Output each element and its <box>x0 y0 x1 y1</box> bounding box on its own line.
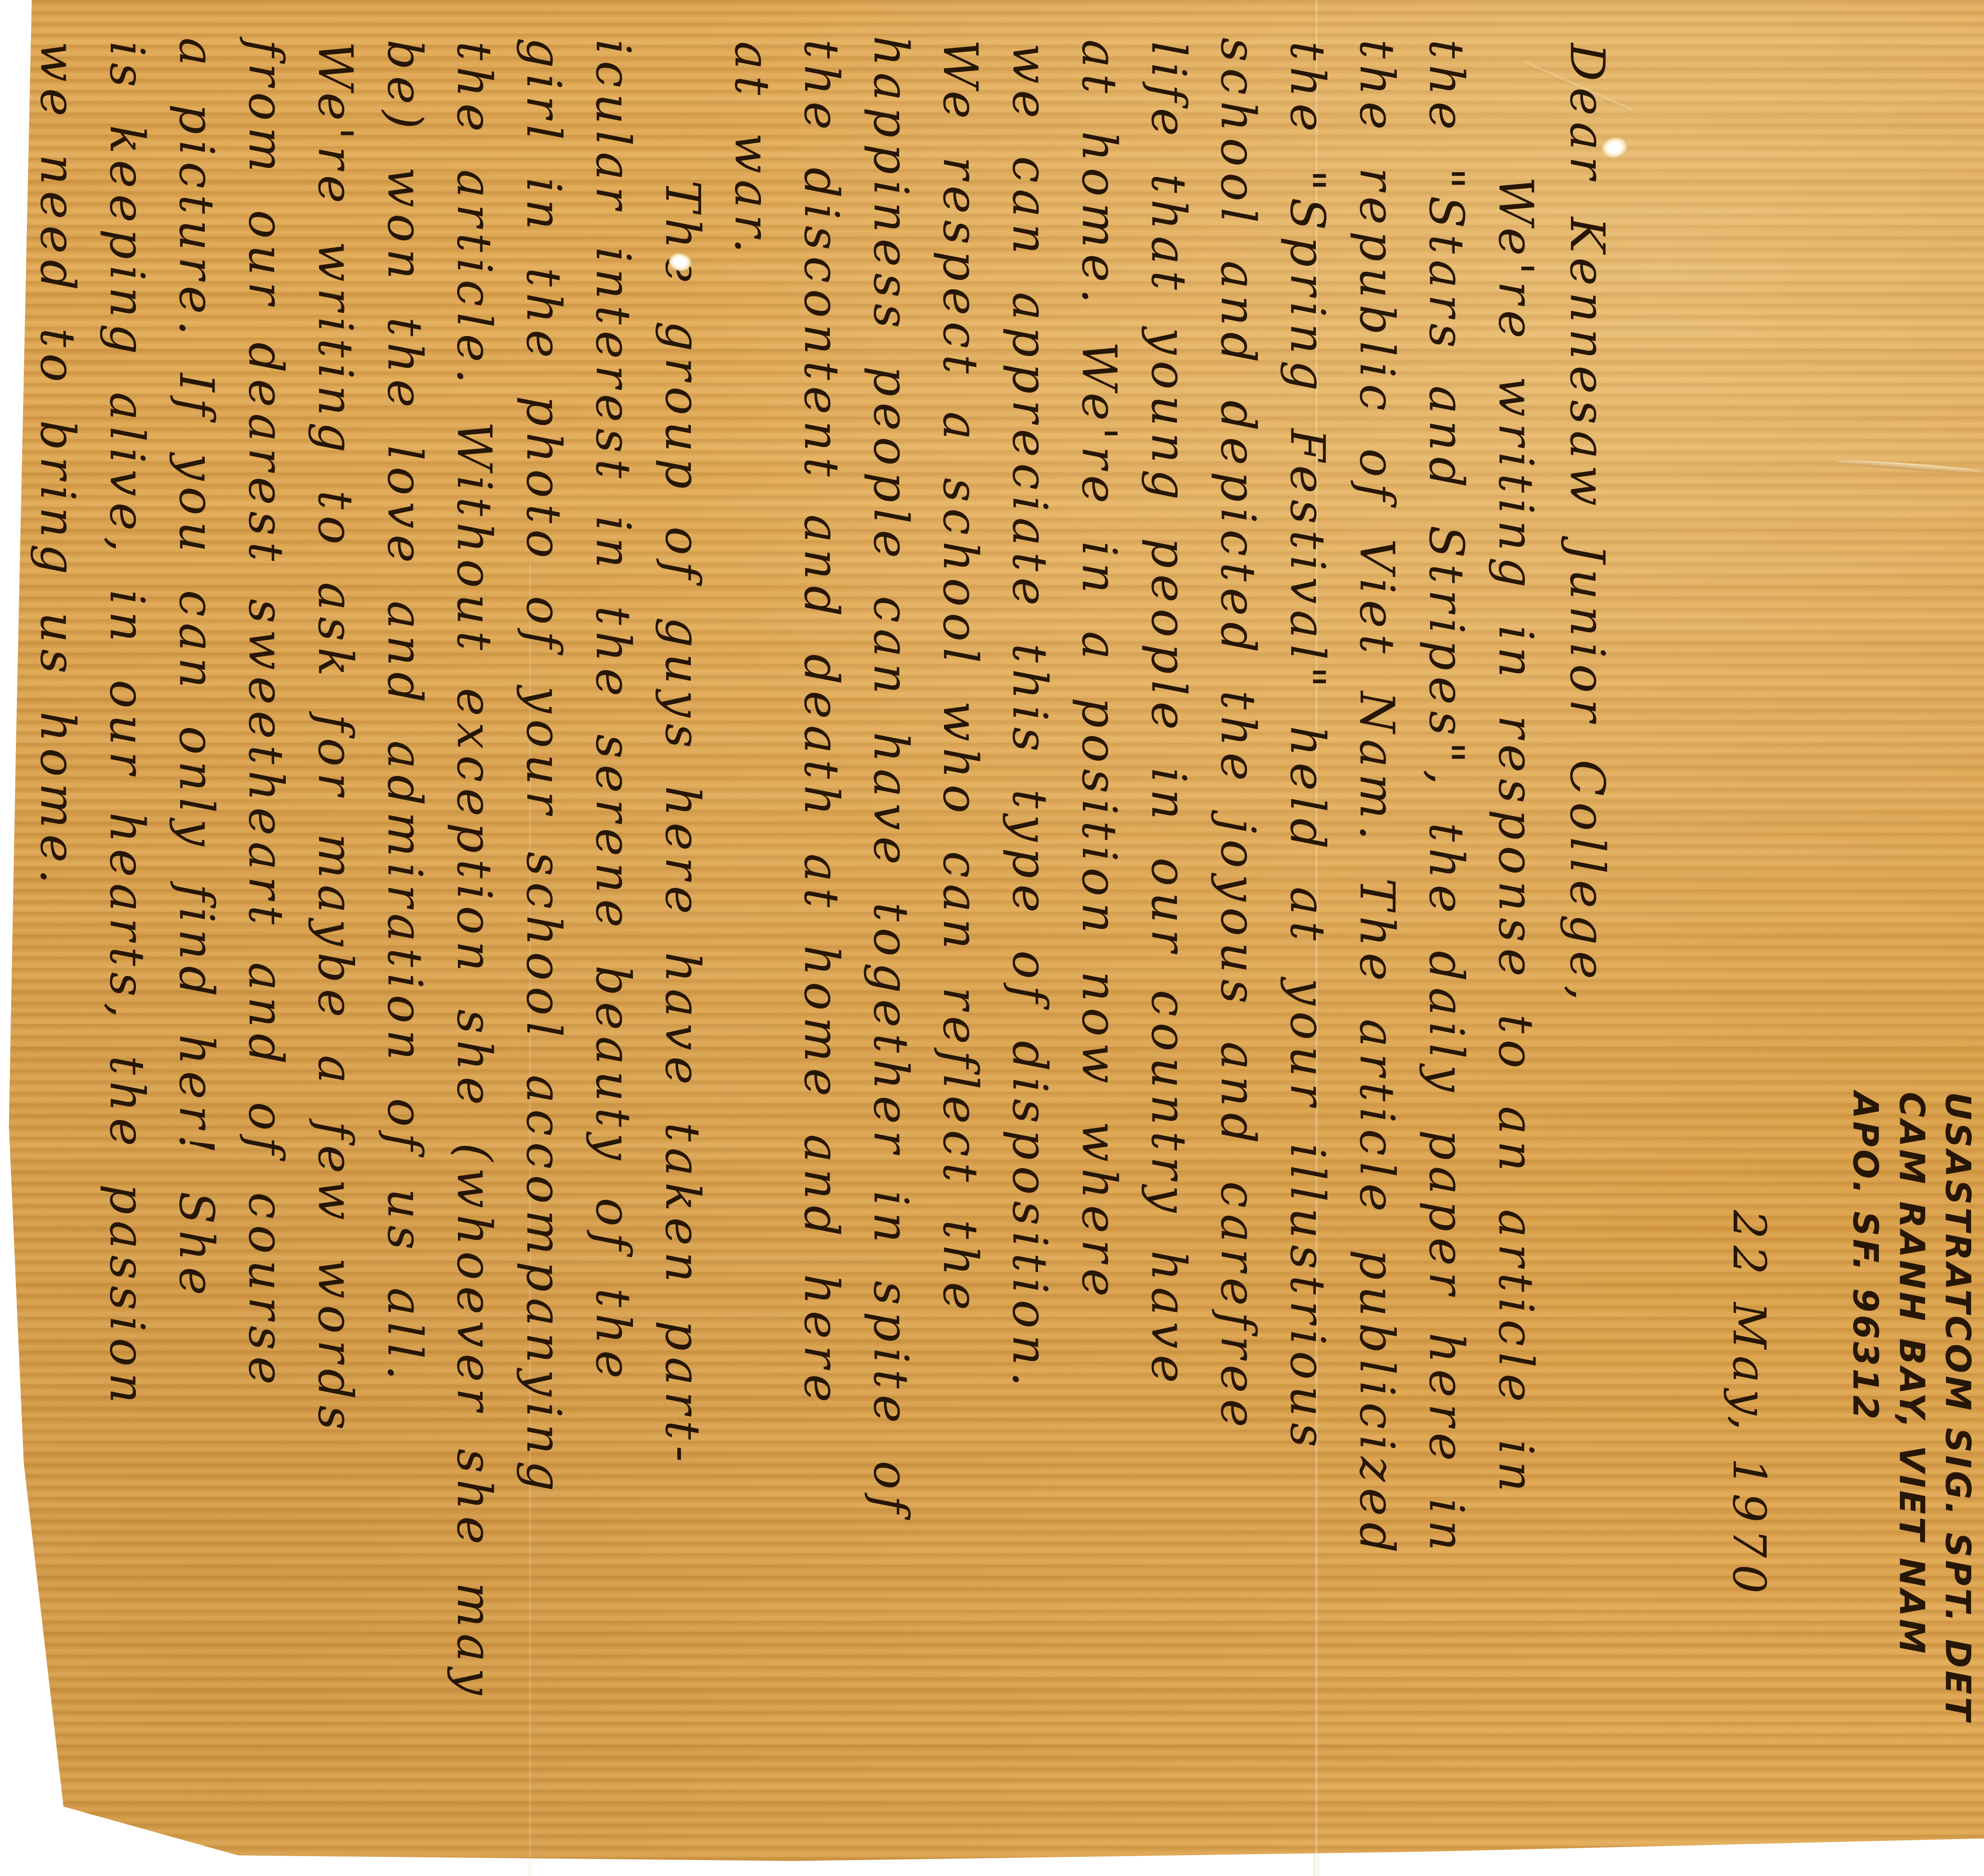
salutation: Dear Kennesaw Junior College, <box>1559 43 1616 1007</box>
letter-line: girl in the photo of your school accompa… <box>515 38 573 1497</box>
letter-line: We're writing to ask for maybe a few wor… <box>307 41 364 1436</box>
letter-line: the republic of Viet Nam. The article pu… <box>1348 39 1406 1559</box>
letter-line: we can appreciate this type of dispositi… <box>1001 43 1059 1393</box>
letter-line: icular interest in the serene beauty of … <box>584 39 642 1385</box>
letter-line: the discontent and death at home and her… <box>793 39 850 1408</box>
letter-line: We're writing in response to an article … <box>1487 176 1545 1498</box>
address-unit-line: USASTRATCOM SIG. SPT. DET <box>1935 1092 1981 1723</box>
handwriting-layer: USASTRATCOM SIG. SPT. DET CAM RANH BAY, … <box>0 0 1984 1876</box>
address-location-line: CAM RANH BAY, VIET NAM <box>1889 1092 1935 1723</box>
letter-line: school and depicted the joyous and caref… <box>1209 38 1267 1434</box>
letter-line: we need to bring us home. <box>29 41 87 890</box>
letter-line: at home. We're in a position now where <box>1071 39 1128 1303</box>
return-address-block: USASTRATCOM SIG. SPT. DET CAM RANH BAY, … <box>1842 1092 1981 1723</box>
letter-line: the "Spring Festival" held at your illus… <box>1279 41 1336 1453</box>
letter-line: a picture. If you can only find her! She <box>168 38 225 1301</box>
scanned-letter: USASTRATCOM SIG. SPT. DET CAM RANH BAY, … <box>0 0 1984 1876</box>
letter-line: happiness people can have together in sp… <box>862 36 920 1520</box>
letter-line: from our dearest sweetheart and of cours… <box>237 39 295 1391</box>
letter-date: 22 May, 1970 <box>1723 1210 1776 1600</box>
letter-line: at war. <box>723 41 781 259</box>
letter-line: be) won the love and admiration of us al… <box>376 39 434 1386</box>
letter-line: The group of guys here have taken part- <box>654 180 711 1468</box>
letter-line: We respect a school who can reflect the <box>932 39 989 1316</box>
letter-line: is keeping alive, in our hearts, the pas… <box>98 41 156 1409</box>
address-apo-line: APO. SF. 96312 <box>1842 1092 1889 1723</box>
letter-line: the "Stars and Stripes", the daily paper… <box>1418 39 1475 1557</box>
letter-line: life that young people in our country ha… <box>1140 41 1198 1389</box>
letter-line: the article. Without exception she (whoe… <box>446 41 503 1701</box>
